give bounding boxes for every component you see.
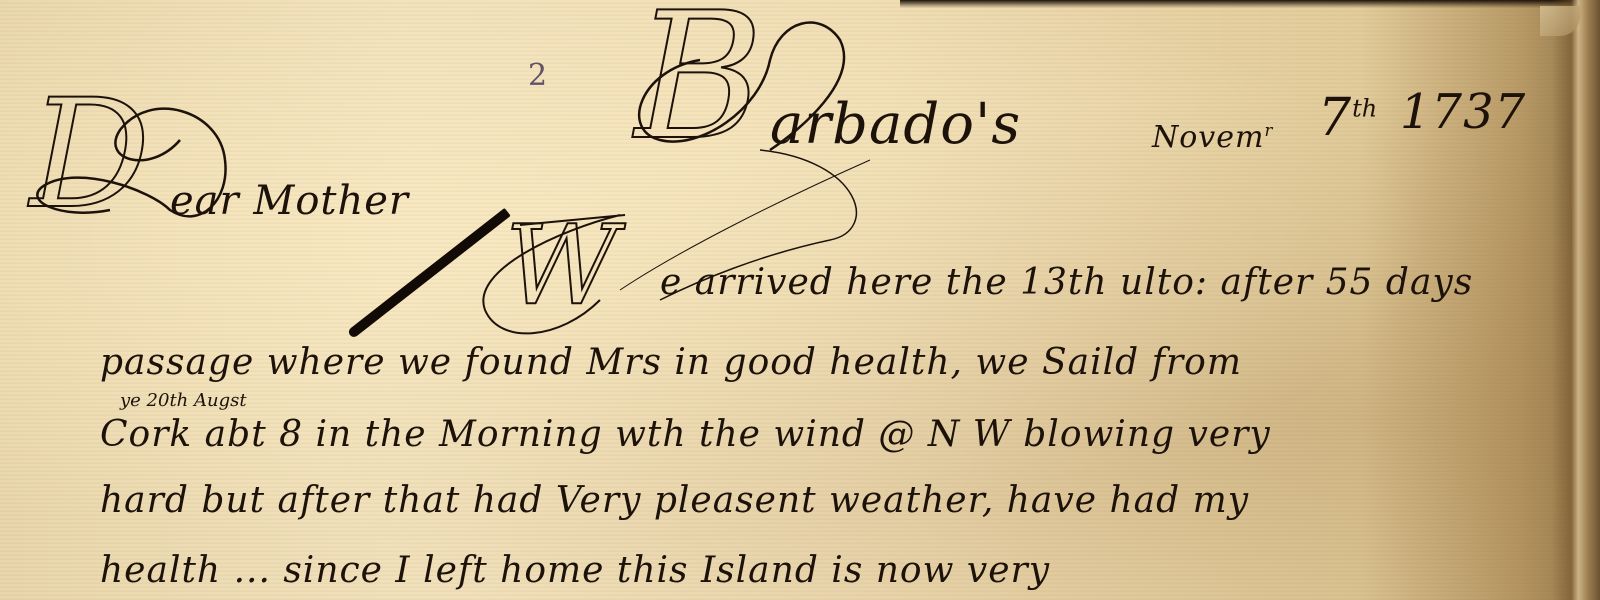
date-year: 1737	[1400, 84, 1526, 140]
day-superscript: th	[1352, 95, 1377, 123]
day-number: 7	[1318, 88, 1352, 148]
book-right-edge	[1552, 0, 1600, 600]
body-line-3: Cork abt 8 in the Morning wth the wind @…	[100, 414, 1271, 455]
body-initial-letter: W	[505, 210, 619, 320]
month-superscript: r	[1264, 121, 1272, 140]
place-name: arbado's	[770, 92, 1021, 157]
interlinear-insertion: ye 20th Augst	[120, 390, 247, 411]
body-line-2: passage where we found Mrs in good healt…	[100, 342, 1242, 383]
date-month: Novemr	[1152, 120, 1272, 155]
body-line-5-cut-off: health ... since I left home this Island…	[100, 550, 1050, 591]
date-day: 7th	[1318, 88, 1377, 148]
salutation-initial-letter: D	[30, 80, 151, 230]
binding-top-edge	[900, 0, 1600, 8]
place-initial-letter: B	[635, 0, 765, 165]
heavy-pen-stroke	[347, 208, 511, 339]
body-line-4: hard but after that had Very pleasent we…	[100, 480, 1249, 521]
month-abbrev: Novem	[1152, 120, 1264, 155]
page-number: 2	[528, 58, 548, 93]
salutation: ear Mother	[170, 178, 409, 224]
body-line-1: e arrived here the 13th ulto: after 55 d…	[660, 262, 1473, 303]
manuscript-page: 2 B arbado's Novemr 7th 1737 D ear Mothe…	[0, 0, 1600, 600]
